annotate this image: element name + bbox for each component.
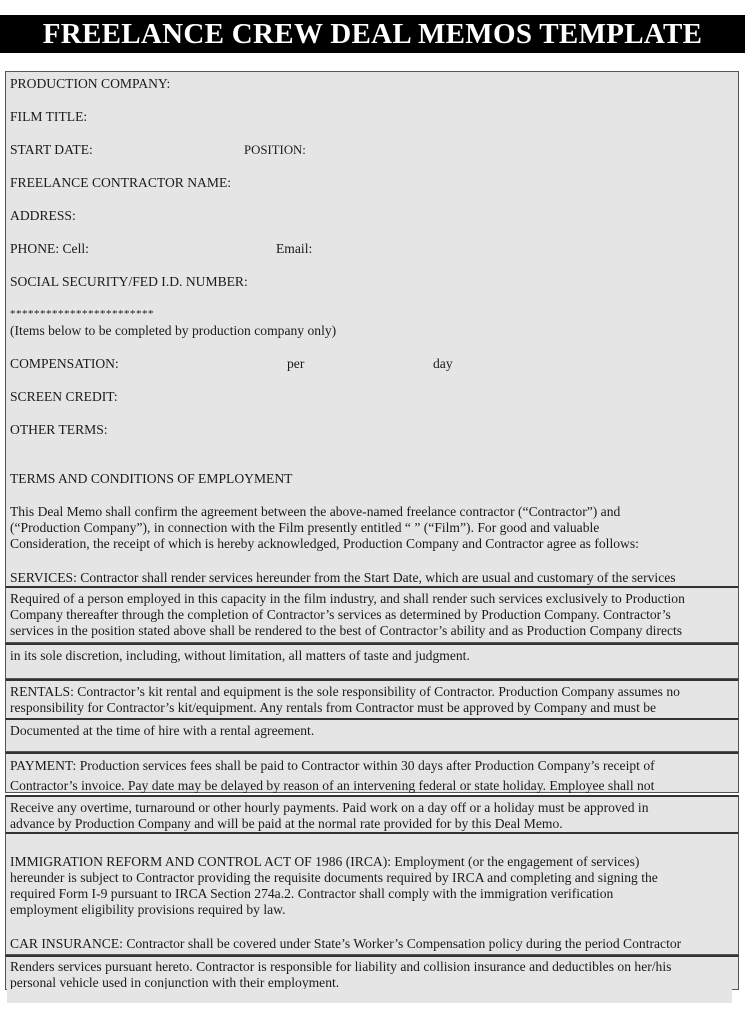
phone-cell-field[interactable]: PHONE: Cell:	[10, 241, 89, 257]
payment-continuation-paragraph: Receive any overtime, turnaround or othe…	[10, 800, 734, 832]
rentals-line-3: Documented at the time of hire with a re…	[10, 723, 314, 739]
deal-memo-form-section: PRODUCTION COMPANY: FILM TITLE: START DA…	[5, 71, 739, 587]
payment-paragraph: PAYMENT: Production services fees shall …	[10, 758, 734, 794]
contractor-name-field[interactable]: FREELANCE CONTRACTOR NAME:	[10, 175, 231, 191]
payment-section: PAYMENT: Production services fees shall …	[5, 752, 739, 793]
separator-stars: ************************	[10, 306, 154, 322]
production-company-field[interactable]: PRODUCTION COMPANY:	[10, 76, 170, 92]
rentals-section: RENTALS: Contractor’s kit rental and equ…	[5, 679, 739, 719]
car-insurance-paragraph: Renders services pursuant hereto. Contra…	[10, 959, 734, 991]
compensation-per-label: per	[287, 356, 304, 372]
screen-credit-field[interactable]: SCREEN CREDIT:	[10, 389, 118, 405]
irca-paragraph: IMMIGRATION REFORM AND CONTROL ACT OF 19…	[10, 854, 734, 918]
position-field[interactable]: POSITION:	[244, 142, 306, 158]
address-field[interactable]: ADDRESS:	[10, 208, 76, 224]
production-only-note: (Items below to be completed by producti…	[10, 323, 336, 339]
car-insurance-line-1: CAR INSURANCE: Contractor shall be cover…	[10, 936, 681, 952]
car-insurance-section: Renders services pursuant hereto. Contra…	[5, 955, 739, 990]
other-terms-field[interactable]: OTHER TERMS:	[10, 422, 108, 438]
terms-intro-paragraph: This Deal Memo shall confirm the agreeme…	[10, 504, 734, 552]
rentals-continuation-section: Documented at the time of hire with a re…	[5, 718, 739, 752]
services-line-5: in its sole discretion, including, witho…	[10, 648, 470, 664]
compensation-day-label: day	[433, 356, 453, 372]
email-field[interactable]: Email:	[276, 241, 312, 257]
ssn-field[interactable]: SOCIAL SECURITY/FED I.D. NUMBER:	[10, 274, 248, 290]
terms-heading: TERMS AND CONDITIONS OF EMPLOYMENT	[10, 471, 292, 487]
start-date-field[interactable]: START DATE:	[10, 142, 93, 158]
bottom-gray-band	[7, 989, 732, 1003]
rentals-paragraph: RENTALS: Contractor’s kit rental and equ…	[10, 684, 734, 716]
services-paragraph: Required of a person employed in this ca…	[10, 591, 734, 639]
document-title: FREELANCE CREW DEAL MEMOS TEMPLATE	[0, 15, 745, 53]
services-continuation-section: in its sole discretion, including, witho…	[5, 643, 739, 679]
compensation-field[interactable]: COMPENSATION:	[10, 356, 119, 372]
payment-continuation-section: Receive any overtime, turnaround or othe…	[5, 795, 739, 833]
irca-section: IMMIGRATION REFORM AND CONTROL ACT OF 19…	[5, 832, 739, 955]
services-section: Required of a person employed in this ca…	[5, 586, 739, 643]
film-title-field[interactable]: FILM TITLE:	[10, 109, 87, 125]
services-line-1: SERVICES: Contractor shall render servic…	[10, 570, 676, 586]
